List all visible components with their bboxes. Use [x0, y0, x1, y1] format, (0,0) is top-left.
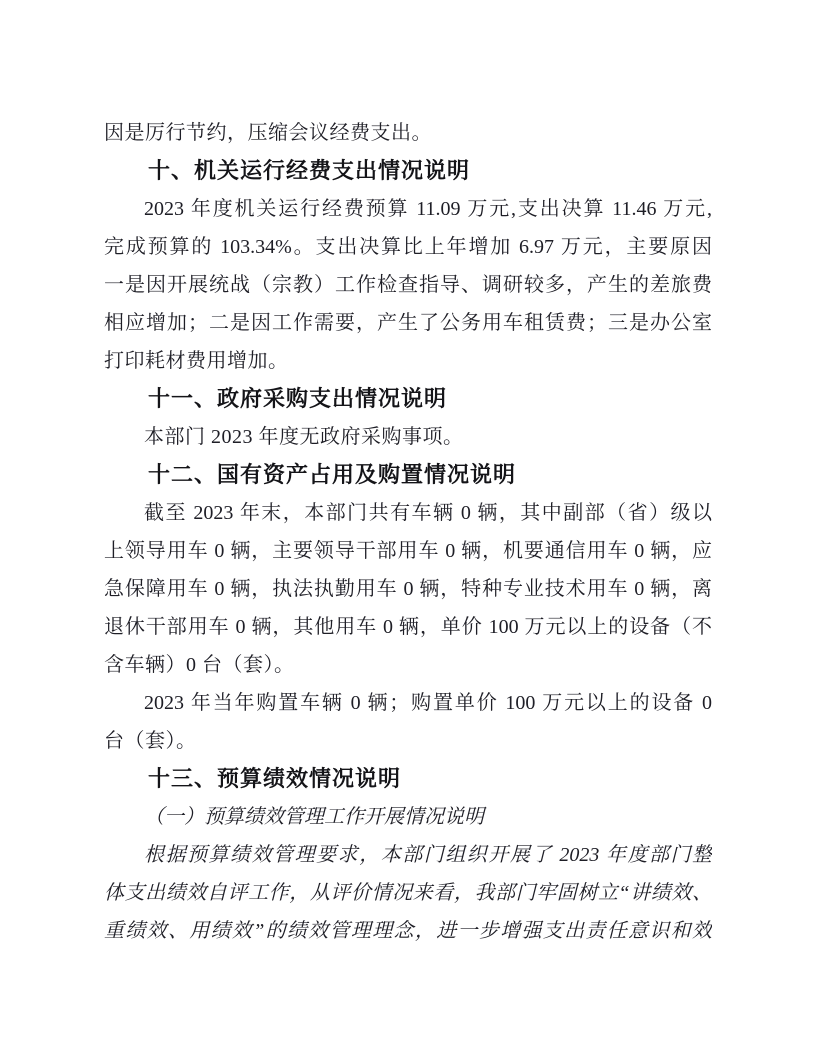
paragraph-line: （一）预算绩效管理工作开展情况说明: [104, 798, 712, 836]
section-heading: 十一、政府采购支出情况说明: [104, 380, 712, 418]
paragraph-line: 2023 年度机关运行经费预算 11.09 万元,支出决算 11.46 万元,: [104, 190, 712, 228]
document-body: 因是厉行节约，压缩会议经费支出。十、机关运行经费支出情况说明2023 年度机关运…: [104, 114, 712, 950]
document-page: 因是厉行节约，压缩会议经费支出。十、机关运行经费支出情况说明2023 年度机关运…: [0, 0, 816, 1056]
section-heading: 十二、国有资产占用及购置情况说明: [104, 456, 712, 494]
paragraph-line: 上领导用车 0 辆，主要领导干部用车 0 辆，机要通信用车 0 辆，应: [104, 532, 712, 570]
paragraph-line: 根据预算绩效管理要求，本部门组织开展了 2023 年度部门整: [104, 836, 712, 874]
paragraph-line: 相应增加；二是因工作需要，产生了公务用车租赁费；三是办公室: [104, 304, 712, 342]
paragraph-line: 本部门 2023 年度无政府采购事项。: [104, 418, 712, 456]
paragraph-line: 急保障用车 0 辆，执法执勤用车 0 辆，特种专业技术用车 0 辆，离: [104, 570, 712, 608]
paragraph-line: 截至 2023 年末，本部门共有车辆 0 辆，其中副部（省）级以: [104, 494, 712, 532]
paragraph-line: 打印耗材费用增加。: [104, 342, 712, 380]
section-heading: 十三、预算绩效情况说明: [104, 760, 712, 798]
paragraph-line: 台（套）。: [104, 722, 712, 760]
paragraph-line: 退休干部用车 0 辆，其他用车 0 辆，单价 100 万元以上的设备（不: [104, 608, 712, 646]
paragraph-line: 一是因开展统战（宗教）工作检查指导、调研较多，产生的差旅费: [104, 266, 712, 304]
paragraph-line: 2023 年当年购置车辆 0 辆；购置单价 100 万元以上的设备 0: [104, 684, 712, 722]
paragraph-line: 因是厉行节约，压缩会议经费支出。: [104, 114, 712, 152]
paragraph-line: 完成预算的 103.34%。支出决算比上年增加 6.97 万元，主要原因: [104, 228, 712, 266]
paragraph-line: 体支出绩效自评工作，从评价情况来看，我部门牢固树立“讲绩效、: [104, 874, 712, 912]
paragraph-line: 重绩效、用绩效”的绩效管理理念，进一步增强支出责任意识和效: [104, 912, 712, 950]
section-heading: 十、机关运行经费支出情况说明: [104, 152, 712, 190]
paragraph-line: 含车辆）0 台（套）。: [104, 646, 712, 684]
